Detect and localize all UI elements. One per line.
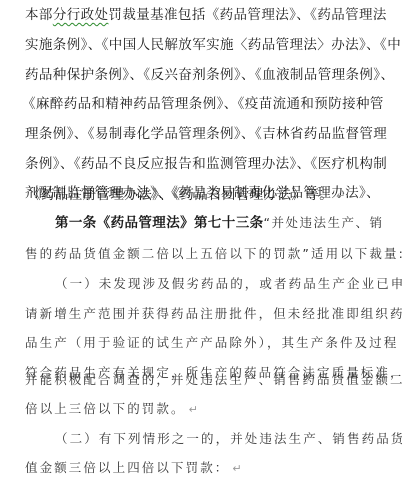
article-heading-quote: “并处违法生产、销 [264,215,384,230]
text-run: 售的药品货值金额二倍以上五倍以下的罚款”适用以下裁量: [25,246,402,261]
text-run: 罚裁量基准包括《药品管理法》、《药品管理法 [108,7,386,23]
text-run: 本部 [25,7,53,23]
text-line: 《药品注册管理办法》、《药品召回管理办法》等。↵ [27,186,377,205]
text-line: 并能积极配合调查的，并处违法生产、销售药品货值金额二 [25,371,375,389]
article-heading-bold: 第一条《药品管理法》第七十三条 [55,215,264,231]
text-line: 理条例》、《易制毒化学品管理条例》、《吉林省药品监督管理 [25,125,375,143]
text-line: 值金额三倍以上四倍以下罚款：↵ [25,459,375,478]
article-heading: 第一条《药品管理法》第七十三条“并处违法生产、销 [55,214,402,232]
text-line: （二）有下列情形之一的，并处违法生产、销售药品货 [55,430,402,448]
paragraph-mark-icon: ↵ [336,189,346,202]
text-line: 品生产（用于验证的试生产产品除外），其生产条件及过程 [25,334,375,352]
paragraph-mark-icon: ↵ [189,403,200,416]
text-line: （一）未发现涉及假劣药品的，或者药品生产企业已申 [55,275,402,293]
text-line: 实施条例》、《中国人民解放军实施〈药品管理法〉办法》、《中 [25,36,375,54]
text-line: 请新增生产范围并获得药品注册批件，但未经批准即组织药 [25,305,375,323]
text-run: 倍以上三倍以下的罚款。 [25,401,186,416]
spellcheck-underlined-text[interactable]: 分行政处 [53,7,109,23]
text-line: 《麻醉药品和精神药品管理条例》、《疫苗流通和预防接种管 [22,95,372,113]
text-line: 售的药品货值金额二倍以上五倍以下的罚款”适用以下裁量:↵ [25,245,375,264]
paragraph-mark-icon: ↵ [232,462,243,475]
text-line: 本部分行政处罚裁量基准包括《药品管理法》、《药品管理法 [25,6,375,24]
document-page: 本部分行政处罚裁量基准包括《药品管理法》、《药品管理法 实施条例》、《中国人民解… [0,0,402,480]
text-line: 条例》、《药品不良反应报告和监测管理办法》、《医疗机构制 [25,155,375,173]
text-line: 倍以上三倍以下的罚款。↵ [25,400,375,419]
text-run: 《药品注册管理办法》、《药品召回管理办法》等。 [27,187,333,203]
text-line: 药品种保护条例》、《反兴奋剂条例》、《血液制品管理条例》、 [25,66,375,84]
text-run: 值金额三倍以上四倍以下罚款： [25,460,229,475]
